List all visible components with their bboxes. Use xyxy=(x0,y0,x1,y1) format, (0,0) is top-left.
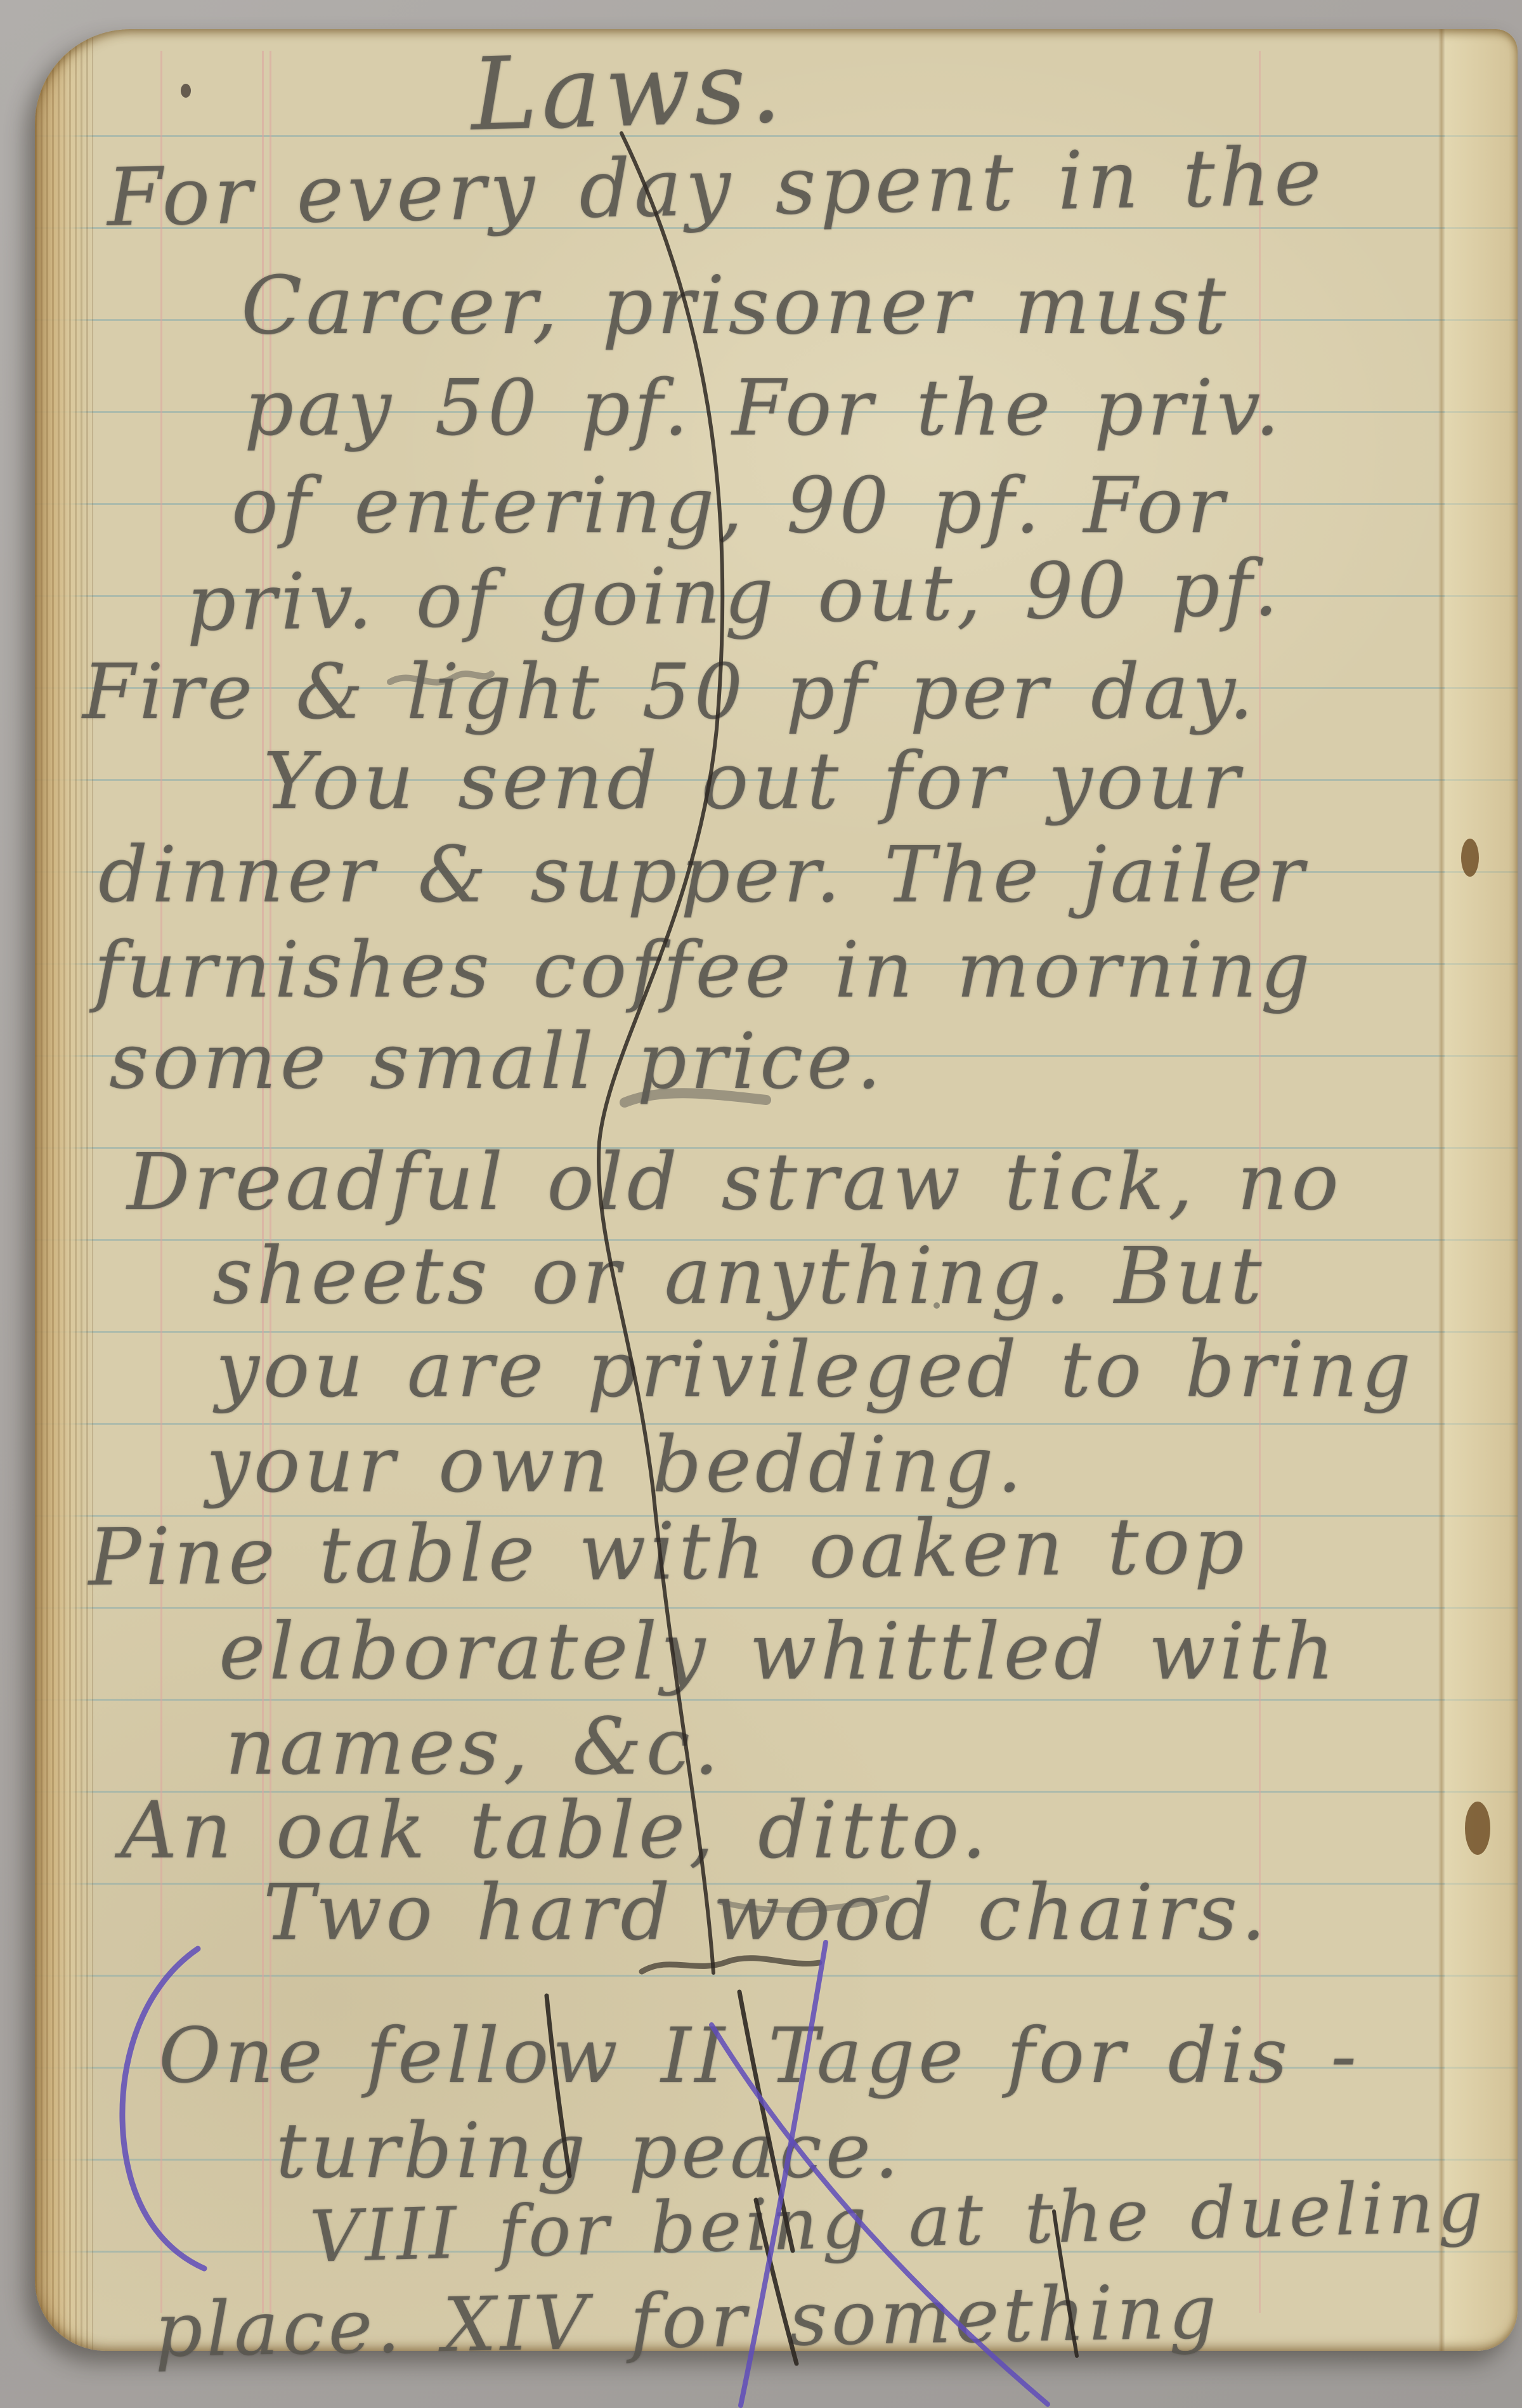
handwriting-line: Carcer, prisoner must xyxy=(241,259,1230,352)
handwriting-line: names, &c. xyxy=(225,1701,722,1793)
handwriting-line: You send out for your xyxy=(263,736,1244,827)
handwriting-line: An oak table, ditto. xyxy=(120,1785,991,1876)
handwriting-line: furnishes coffee in morning xyxy=(94,925,1314,1015)
handwriting-line: Fire & light 50 pf per day. xyxy=(82,648,1257,736)
binding-crease xyxy=(1438,29,1445,2351)
page-stack-edge xyxy=(35,29,93,2351)
handwriting-line: of entering, 90 pf. For xyxy=(231,461,1228,551)
handwriting-line: place. XIV for something xyxy=(154,2268,1221,2374)
handwriting-line: your own bedding. xyxy=(206,1420,1025,1510)
handwriting-line: priv. of going out, 90 pf. xyxy=(186,543,1282,648)
handwriting-line: Pine table with oaken top xyxy=(88,1500,1248,1604)
handwriting-line: Two hard wood chairs. xyxy=(263,1868,1270,1958)
handwriting-line: some small price. xyxy=(109,1016,885,1106)
handwriting-line: Dreadful old straw tick, no xyxy=(127,1137,1343,1228)
handwriting-line: elaborately whittled with xyxy=(219,1606,1338,1698)
binding-edge-strip xyxy=(1445,29,1518,2351)
handwriting-line: turbing peace. xyxy=(276,2107,902,2195)
page-title: Laws. xyxy=(469,29,786,154)
handwriting-line: sheets or anything. But xyxy=(212,1231,1266,1322)
handwriting-line: you are privileged to bring xyxy=(216,1325,1415,1415)
notebook-scan: Laws. For every day spent in the Carcer,… xyxy=(0,0,1522,2408)
handwriting-line: pay 50 pf. For the priv. xyxy=(244,363,1284,453)
handwriting-line: dinner & supper. The jailer xyxy=(98,830,1308,920)
handwriting-line: One fellow II Tage for dis - xyxy=(159,2012,1360,2100)
